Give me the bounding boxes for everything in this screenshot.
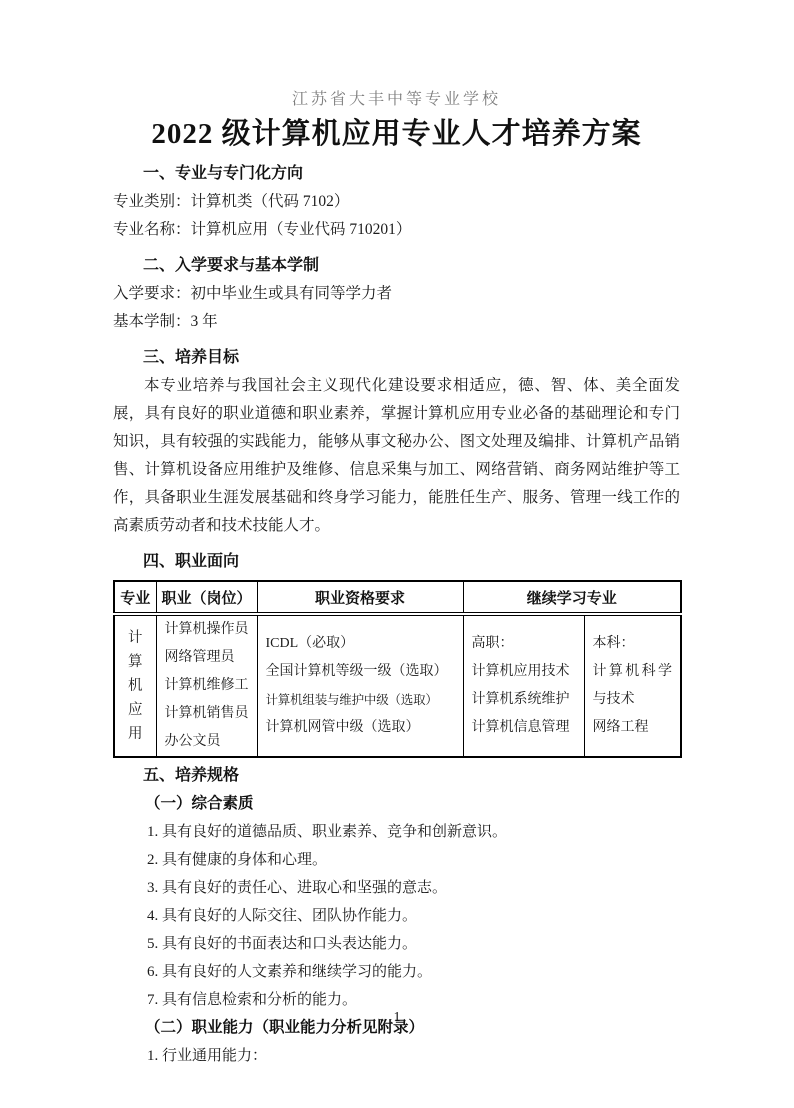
cell-major: 计算机应用 (114, 614, 156, 757)
major-category-line: 专业类别：计算机类（代码 7102） (113, 188, 680, 216)
cell-jobs: 计算机操作员 网络管理员 计算机维修工 计算机销售员 办公文员 (156, 614, 257, 757)
job-item: 计算机销售员 (165, 700, 249, 728)
job-item: 办公文员 (165, 728, 249, 756)
major-vertical-text: 计算机应用 (127, 626, 143, 746)
industry-ability-line: 1. 行业通用能力： (113, 1042, 680, 1070)
header-job-position: 职业（岗位） (156, 581, 257, 614)
undergraduate-item: 计算机科学 (593, 658, 673, 686)
higher-vocational-item: 高职： (472, 630, 576, 658)
quality-item: 5. 具有良好的书面表达和口头表达能力。 (113, 930, 680, 958)
quality-item: 4. 具有良好的人际交往、团队协作能力。 (113, 902, 680, 930)
section-heading-3: 三、培养目标 (113, 344, 680, 372)
job-item: 计算机维修工 (165, 672, 249, 700)
admission-requirement-line: 入学要求：初中毕业生或具有同等学力者 (113, 280, 680, 308)
section-heading-2: 二、入学要求与基本学制 (113, 252, 680, 280)
cell-qualifications: ICDL（必取） 全国计算机等级一级（选取） 计算机组装与维护中级（选取） 计算… (257, 614, 463, 757)
job-item: 网络管理员 (165, 644, 249, 672)
table-body-row: 计算机应用 计算机操作员 网络管理员 计算机维修工 计算机销售员 办公文员 IC… (114, 614, 681, 757)
cell-undergraduate: 本科： 计算机科学 与技术 网络工程 (584, 614, 681, 757)
major-name-line: 专业名称：计算机应用（专业代码 710201） (113, 216, 680, 244)
job-item: 计算机操作员 (165, 616, 249, 644)
quality-item: 2. 具有健康的身体和心理。 (113, 846, 680, 874)
header-further-study: 继续学习专业 (463, 581, 681, 614)
quality-item: 1. 具有良好的道德品质、职业素养、竞争和创新意识。 (113, 818, 680, 846)
undergraduate-item: 网络工程 (593, 714, 673, 742)
page-header-school-name: 江苏省大丰中等专业学校 (113, 0, 680, 110)
cell-higher-vocational: 高职： 计算机应用技术 计算机系统维护 计算机信息管理 (463, 614, 584, 757)
document-page: 江苏省大丰中等专业学校 2022 级计算机应用专业人才培养方案 一、专业与专门化… (0, 0, 794, 1108)
document-content: 江苏省大丰中等专业学校 2022 级计算机应用专业人才培养方案 一、专业与专门化… (113, 0, 680, 1070)
qualification-item: 计算机网管中级（选取） (266, 714, 455, 742)
undergraduate-item: 本科： (593, 630, 673, 658)
higher-vocational-item: 计算机信息管理 (472, 714, 576, 742)
higher-vocational-item: 计算机应用技术 (472, 658, 576, 686)
higher-vocational-item: 计算机系统维护 (472, 686, 576, 714)
quality-item: 3. 具有良好的责任心、进取心和坚强的意志。 (113, 874, 680, 902)
table-header-row: 专业 职业（岗位） 职业资格要求 继续学习专业 (114, 581, 681, 614)
undergraduate-item: 与技术 (593, 686, 673, 714)
qualification-item: 计算机组装与维护中级（选取） (266, 686, 455, 714)
career-orientation-table: 专业 职业（岗位） 职业资格要求 继续学习专业 计算机应用 计算机操作员 网络管… (113, 580, 682, 758)
section-heading-4: 四、职业面向 (113, 548, 680, 576)
header-qualification: 职业资格要求 (257, 581, 463, 614)
section-heading-1: 一、专业与专门化方向 (113, 160, 680, 188)
page-number: 1 (0, 1010, 794, 1026)
subsection-heading-quality: （一）综合素质 (113, 790, 680, 818)
training-objective-paragraph: 本专业培养与我国社会主义现代化建设要求相适应，德、智、体、美全面发展，具有良好的… (113, 372, 680, 540)
header-major: 专业 (114, 581, 156, 614)
schooling-length-line: 基本学制：3 年 (113, 308, 680, 336)
section-heading-5: 五、培养规格 (113, 762, 680, 790)
qualification-item: ICDL（必取） (266, 630, 455, 658)
quality-item: 6. 具有良好的人文素养和继续学习的能力。 (113, 958, 680, 986)
document-title: 2022 级计算机应用专业人才培养方案 (113, 116, 680, 152)
qualification-item: 全国计算机等级一级（选取） (266, 658, 455, 686)
